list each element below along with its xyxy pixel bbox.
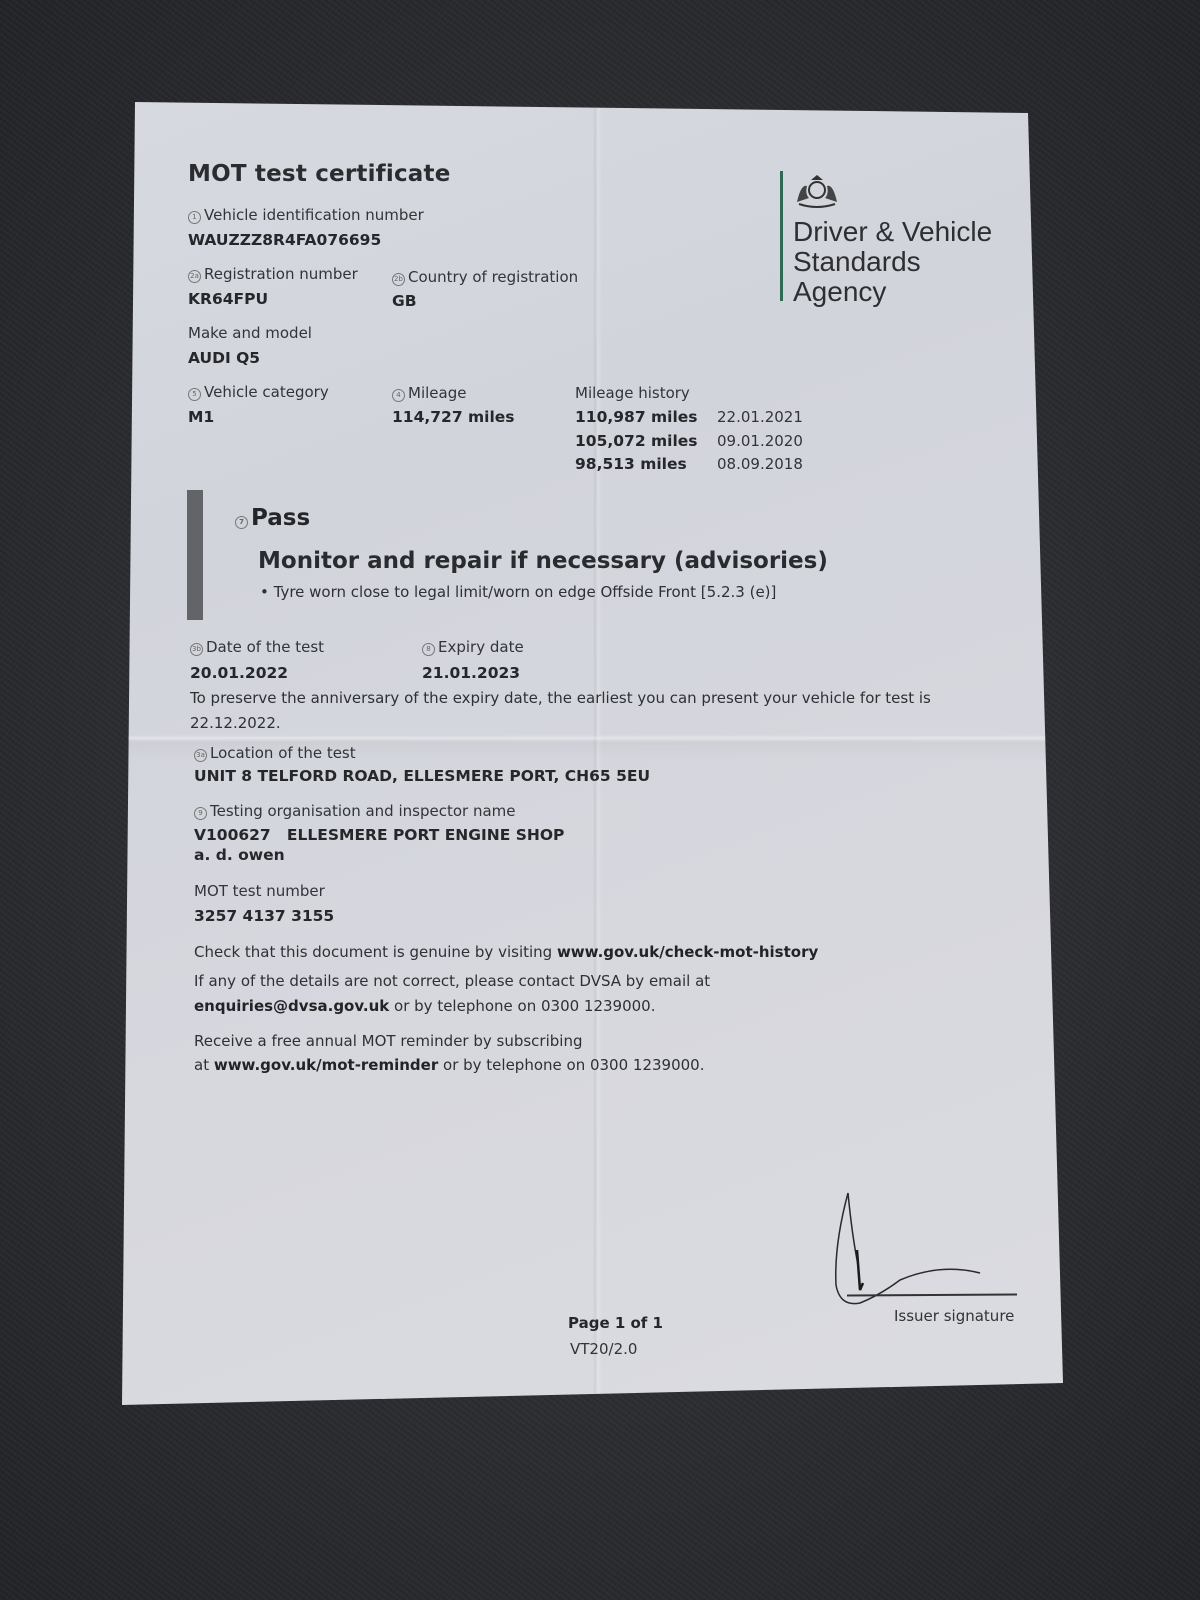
dvsa-email-link[interactable]: enquiries@dvsa.gov.uk xyxy=(194,997,389,1015)
contact-line1: If any of the details are not correct, p… xyxy=(194,972,710,990)
history-miles: 110,987 miles xyxy=(575,408,698,426)
field-marker: 8 xyxy=(422,643,435,656)
org-id: V100627 xyxy=(194,826,271,844)
field-marker: 5 xyxy=(188,388,201,401)
paper xyxy=(0,0,1200,1600)
agency-name: Driver & Vehicle Standards Agency xyxy=(793,217,992,307)
field-marker: 3b xyxy=(190,643,203,656)
history-date: 22.01.2021 xyxy=(717,408,803,426)
test-date-label-text: Date of the test xyxy=(206,638,324,656)
anniversary-note-line1: To preserve the anniversary of the expir… xyxy=(190,689,931,707)
contact-phone-text: or by telephone on 0300 1239000. xyxy=(389,997,655,1015)
field-marker: 7 xyxy=(235,516,248,529)
reminder-suffix: or by telephone on 0300 1239000. xyxy=(438,1056,704,1074)
mot-reminder-link[interactable]: www.gov.uk/mot-reminder xyxy=(214,1056,438,1074)
check-genuine-text: Check that this document is genuine by v… xyxy=(194,943,818,961)
test-date-label: 3bDate of the test xyxy=(190,638,324,656)
result-status-text: Pass xyxy=(251,505,310,531)
field-marker: 3a xyxy=(194,749,207,762)
mot-certificate-sheet: MOT test certificate Driver & Vehicle St… xyxy=(0,0,1200,1600)
agency-accent-rule xyxy=(780,171,783,301)
field-marker: 2a xyxy=(188,270,201,283)
result-bar xyxy=(187,490,203,620)
registration-value: KR64FPU xyxy=(188,290,268,308)
registration-label-text: Registration number xyxy=(204,265,358,283)
testing-org-label-text: Testing organisation and inspector name xyxy=(210,802,516,820)
check-mot-history-link[interactable]: www.gov.uk/check-mot-history xyxy=(557,943,818,961)
category-label: 5Vehicle category xyxy=(188,383,329,401)
expiry-date-label: 8Expiry date xyxy=(422,638,524,656)
vin-value: WAUZZZ8R4FA076695 xyxy=(188,231,381,249)
agency-line-1: Driver & Vehicle xyxy=(793,217,992,247)
category-label-text: Vehicle category xyxy=(204,383,329,401)
expiry-date-label-text: Expiry date xyxy=(438,638,524,656)
mileage-value: 114,727 miles xyxy=(392,408,515,426)
advisories-heading: Monitor and repair if necessary (advisor… xyxy=(258,548,828,574)
make-model-value: AUDI Q5 xyxy=(188,349,260,367)
location-label-text: Location of the test xyxy=(210,744,356,762)
registration-label: 2aRegistration number xyxy=(188,265,358,283)
country-label: 2bCountry of registration xyxy=(392,268,578,286)
field-marker: 2b xyxy=(392,273,405,286)
testing-org-label: 9Testing organisation and inspector name xyxy=(194,802,516,820)
country-value: GB xyxy=(392,292,417,310)
document-title: MOT test certificate xyxy=(188,161,451,187)
test-date-value: 20.01.2022 xyxy=(190,664,288,682)
field-marker: 1 xyxy=(188,211,201,224)
signature-label: Issuer signature xyxy=(894,1307,1014,1325)
agency-line-3: Agency xyxy=(793,277,992,307)
org-name: ELLESMERE PORT ENGINE SHOP xyxy=(287,826,564,844)
anniversary-note-line2: 22.12.2022. xyxy=(190,714,281,732)
agency-line-2: Standards xyxy=(793,247,992,277)
reminder-line1: Receive a free annual MOT reminder by su… xyxy=(194,1032,582,1050)
field-marker: 4 xyxy=(392,389,405,402)
history-date: 09.01.2020 xyxy=(717,432,803,450)
royal-coat-of-arms-icon xyxy=(793,172,841,210)
advisory-text: Tyre worn close to legal limit/worn on e… xyxy=(274,583,777,601)
test-number-label: MOT test number xyxy=(194,882,325,900)
result-status: 7Pass xyxy=(235,505,310,531)
mileage-history-label: Mileage history xyxy=(575,384,690,402)
mileage-label-text: Mileage xyxy=(408,384,466,402)
inspector-name: a. d. owen xyxy=(194,846,285,864)
reminder-line2: at www.gov.uk/mot-reminder or by telepho… xyxy=(194,1056,704,1074)
contact-line2: enquiries@dvsa.gov.uk or by telephone on… xyxy=(194,997,656,1015)
location-value: UNIT 8 TELFORD ROAD, ELLESMERE PORT, CH6… xyxy=(194,767,650,785)
testing-org-value: V100627 ELLESMERE PORT ENGINE SHOP xyxy=(194,826,564,844)
vin-label-text: Vehicle identification number xyxy=(204,206,424,224)
location-label: 3aLocation of the test xyxy=(194,744,356,762)
history-date: 08.09.2018 xyxy=(717,455,803,473)
page-number: Page 1 of 1 xyxy=(568,1314,663,1332)
category-value: M1 xyxy=(188,408,214,426)
make-model-label: Make and model xyxy=(188,324,312,342)
country-label-text: Country of registration xyxy=(408,268,578,286)
mileage-label: 4Mileage xyxy=(392,384,466,402)
field-marker: 9 xyxy=(194,807,207,820)
history-miles: 105,072 miles xyxy=(575,432,698,450)
check-genuine-prefix: Check that this document is genuine by v… xyxy=(194,943,557,961)
form-code: VT20/2.0 xyxy=(570,1340,637,1358)
history-miles: 98,513 miles xyxy=(575,455,687,473)
reminder-prefix: at xyxy=(194,1056,214,1074)
expiry-date-value: 21.01.2023 xyxy=(422,664,520,682)
advisory-item: • Tyre worn close to legal limit/worn on… xyxy=(260,583,776,601)
vin-label: 1Vehicle identification number xyxy=(188,206,424,224)
test-number-value: 3257 4137 3155 xyxy=(194,907,334,925)
